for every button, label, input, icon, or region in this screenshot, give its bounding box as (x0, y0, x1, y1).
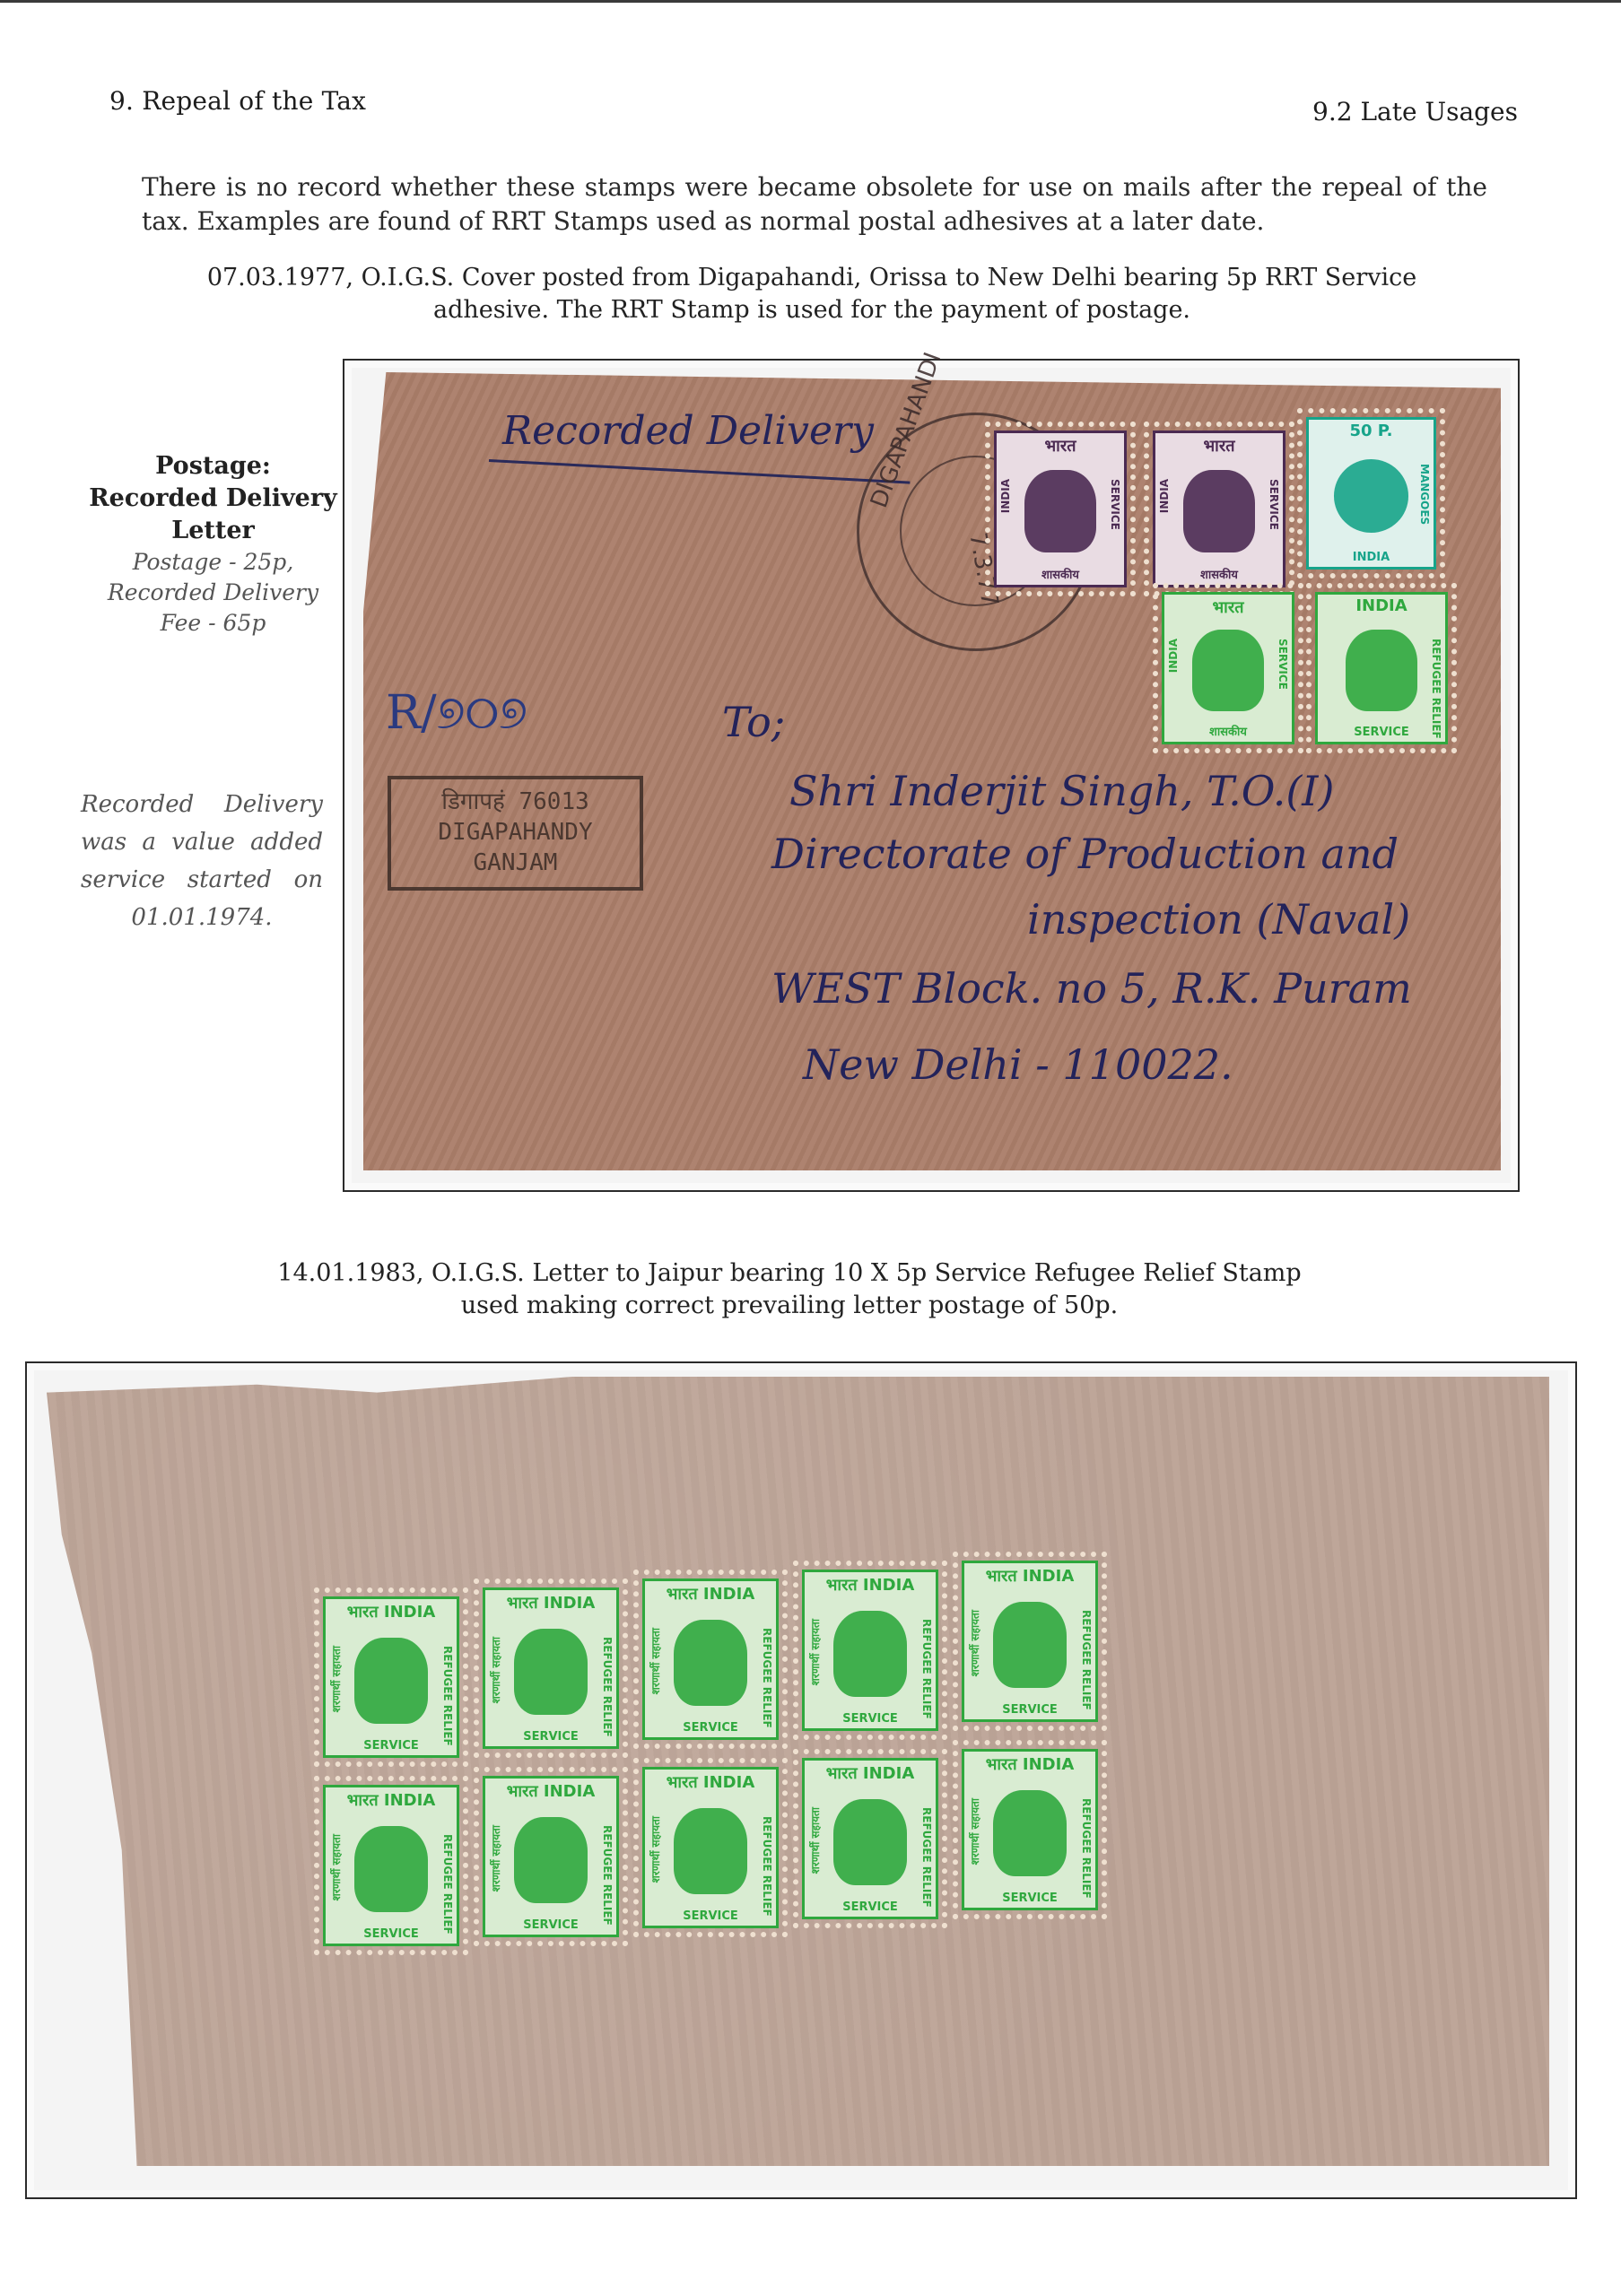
ashoka-lion-emblem-icon (674, 1808, 747, 1894)
ashoka-lion-emblem-icon (1192, 630, 1264, 710)
stamp-5p-refugee-relief: भारत INDIASERVICEशरणार्थी सहायताREFUGEE … (793, 1749, 947, 1928)
stamp-header: भारत INDIA (826, 1572, 915, 1596)
stamp-side-hindi: शरणार्थी सहायता (328, 1834, 344, 1900)
stamp-5p-refugee-relief: भारत INDIASERVICEशरणार्थी सहायताREFUGEE … (314, 1776, 468, 1955)
page-top-rule (0, 0, 1621, 3)
postage-heading-3: Letter (85, 515, 341, 547)
stamp-footer: SERVICE (683, 1909, 738, 1926)
stamp-header: भारत INDIA (507, 1779, 596, 1802)
stamp-header: भारत INDIA (347, 1787, 436, 1811)
stamp-5p-refugee-relief: भारत INDIASERVICEशरणार्थी सहायताREFUGEE … (633, 1570, 788, 1749)
refugee-relief-stamp-block: भारत INDIASERVICEशरणार्थी सहायताREFUGEE … (314, 1534, 1121, 1910)
stamp-side-hindi: शरणार्थी सहायता (648, 1628, 663, 1694)
intro-paragraph: There is no record whether these stamps … (142, 170, 1487, 239)
stamp-footer: SERVICE (683, 1721, 738, 1737)
stamp-15p-service-2: भारत शासकीय INDIA SERVICE (1144, 422, 1294, 596)
postage-heading-1: Postage: (85, 450, 341, 483)
stamp-5p-refugee-relief: भारत INDIASERVICEशरणार्थी सहायताREFUGEE … (474, 1578, 628, 1758)
stamp-5p-refugee-relief: भारत INDIASERVICEशरणार्थी सहायताREFUGEE … (633, 1758, 788, 1937)
cover1-caption: 07.03.1977, O.I.G.S. Cover posted from D… (206, 262, 1417, 326)
box-cancel-line-1: डिगापहं 76013 (391, 787, 640, 817)
stamp-header: भारत INDIA (986, 1752, 1075, 1775)
stamp-header: भारत INDIA (507, 1590, 596, 1613)
address-line-4: inspection (Naval) (1027, 895, 1410, 944)
address-line-2: Shri Inderjit Singh, T.O.(I) (789, 767, 1334, 815)
postage-note: Postage: Recorded Delivery Letter Postag… (85, 450, 341, 639)
stamp-side-english: REFUGEE RELIEF (441, 1834, 454, 1935)
postage-detail-2: Recorded Delivery (85, 578, 341, 608)
address-line-6: New Delhi - 110022. (803, 1040, 1233, 1089)
stamp-5p-refugee-relief: INDIA SERVICE REFUGEE RELIEF (1306, 583, 1457, 753)
stamp-side-english: REFUGEE RELIEF (601, 1637, 614, 1737)
stamp-side-english: REFUGEE RELIEF (441, 1646, 454, 1746)
recorded-delivery-note: Recorded Delivery was a value added serv… (81, 786, 323, 936)
stamp-side-hindi: शरणार्थी सहायता (967, 1798, 982, 1865)
stamp-side-english: REFUGEE RELIEF (920, 1807, 933, 1908)
ashoka-lion-emblem-icon (993, 1602, 1067, 1688)
stamp-5p-service: भारत शासकीय INDIA SERVICE (1153, 583, 1303, 753)
registration-number: R/୭୦୭ (386, 686, 527, 741)
stamp-footer: SERVICE (523, 1730, 579, 1746)
cover2-caption: 14.01.1983, O.I.G.S. Letter to Jaipur be… (251, 1257, 1328, 1322)
postage-heading-2: Recorded Delivery (85, 483, 341, 515)
ashoka-lion-emblem-icon (1024, 470, 1096, 553)
stamp-footer: SERVICE (363, 1739, 419, 1755)
stamp-5p-refugee-relief: भारत INDIASERVICEशरणार्थी सहायताREFUGEE … (474, 1767, 628, 1946)
stamp-header: भारत INDIA (667, 1581, 755, 1605)
stamp-side-english: REFUGEE RELIEF (920, 1619, 933, 1719)
stamp-side-english: REFUGEE RELIEF (761, 1628, 773, 1728)
box-cancel-line-2: DIGAPAHANDY (391, 817, 640, 848)
stamp-footer: SERVICE (1002, 1703, 1058, 1719)
postage-detail-1: Postage - 25p, (85, 547, 341, 578)
ashoka-lion-emblem-icon (833, 1799, 907, 1885)
stamp-side-english: REFUGEE RELIEF (601, 1825, 614, 1926)
stamp-footer: SERVICE (842, 1712, 898, 1728)
stamp-header: भारत INDIA (347, 1599, 436, 1622)
boxed-office-cancel: डिगापहं 76013 DIGAPAHANDY GANJAM (388, 776, 643, 891)
stamp-side-english: REFUGEE RELIEF (761, 1816, 773, 1917)
stamp-5p-refugee-relief: भारत INDIASERVICEशरणार्थी सहायताREFUGEE … (953, 1740, 1107, 1919)
address-line-1: To; (722, 698, 785, 746)
ashoka-lion-emblem-icon (833, 1611, 907, 1697)
stamp-side-hindi: शरणार्थी सहायता (328, 1646, 344, 1712)
mango-fruit-icon (1334, 459, 1408, 533)
ashoka-lion-emblem-icon (514, 1817, 588, 1903)
stamp-footer: SERVICE (363, 1927, 419, 1944)
stamp-side-hindi: शरणार्थी सहायता (488, 1825, 503, 1892)
ashoka-lion-emblem-icon (1183, 470, 1255, 553)
stamp-5p-refugee-relief: भारत INDIASERVICEशरणार्थी सहायताREFUGEE … (953, 1552, 1107, 1731)
stamp-header: भारत INDIA (986, 1563, 1075, 1587)
recorded-delivery-handwritten: Recorded Delivery (502, 408, 874, 454)
stamp-side-hindi: शरणार्थी सहायता (648, 1816, 663, 1883)
postage-detail-3: Fee - 65p (85, 608, 341, 639)
stamp-50p-mangoes: 50 P. INDIA MANGOES (1297, 408, 1445, 578)
section-title: 9. Repeal of the Tax (109, 86, 366, 116)
subsection-title: 9.2 Late Usages (1312, 97, 1518, 126)
stamp-5p-refugee-relief: भारत INDIASERVICEशरणार्थी सहायताREFUGEE … (793, 1561, 947, 1740)
ashoka-lion-emblem-icon (1346, 630, 1417, 710)
stamp-side-english: REFUGEE RELIEF (1080, 1610, 1093, 1710)
ashoka-lion-emblem-icon (514, 1629, 588, 1715)
stamp-side-hindi: शरणार्थी सहायता (488, 1637, 503, 1703)
address-line-5: WEST Block. no 5, R.K. Puram (771, 964, 1412, 1013)
stamp-footer: SERVICE (842, 1900, 898, 1917)
box-cancel-line-3: GANJAM (391, 848, 640, 878)
stamp-header: भारत INDIA (826, 1761, 915, 1784)
ashoka-lion-emblem-icon (993, 1790, 1067, 1876)
stamp-footer: SERVICE (523, 1918, 579, 1935)
ashoka-lion-emblem-icon (674, 1620, 747, 1706)
stamp-side-hindi: शरणार्थी सहायता (807, 1619, 823, 1685)
stamp-footer: SERVICE (1002, 1892, 1058, 1908)
stamp-15p-service-1: भारत शासकीय INDIA SERVICE (985, 422, 1136, 596)
address-line-3: Directorate of Production and (771, 830, 1399, 878)
stamp-5p-refugee-relief: भारत INDIASERVICEशरणार्थी सहायताREFUGEE … (314, 1587, 468, 1767)
stamp-side-hindi: शरणार्थी सहायता (967, 1610, 982, 1676)
stamp-side-hindi: शरणार्थी सहायता (807, 1807, 823, 1874)
stamp-side-english: REFUGEE RELIEF (1080, 1798, 1093, 1899)
stamp-header: भारत INDIA (667, 1770, 755, 1793)
ashoka-lion-emblem-icon (354, 1638, 428, 1724)
ashoka-lion-emblem-icon (354, 1826, 428, 1912)
